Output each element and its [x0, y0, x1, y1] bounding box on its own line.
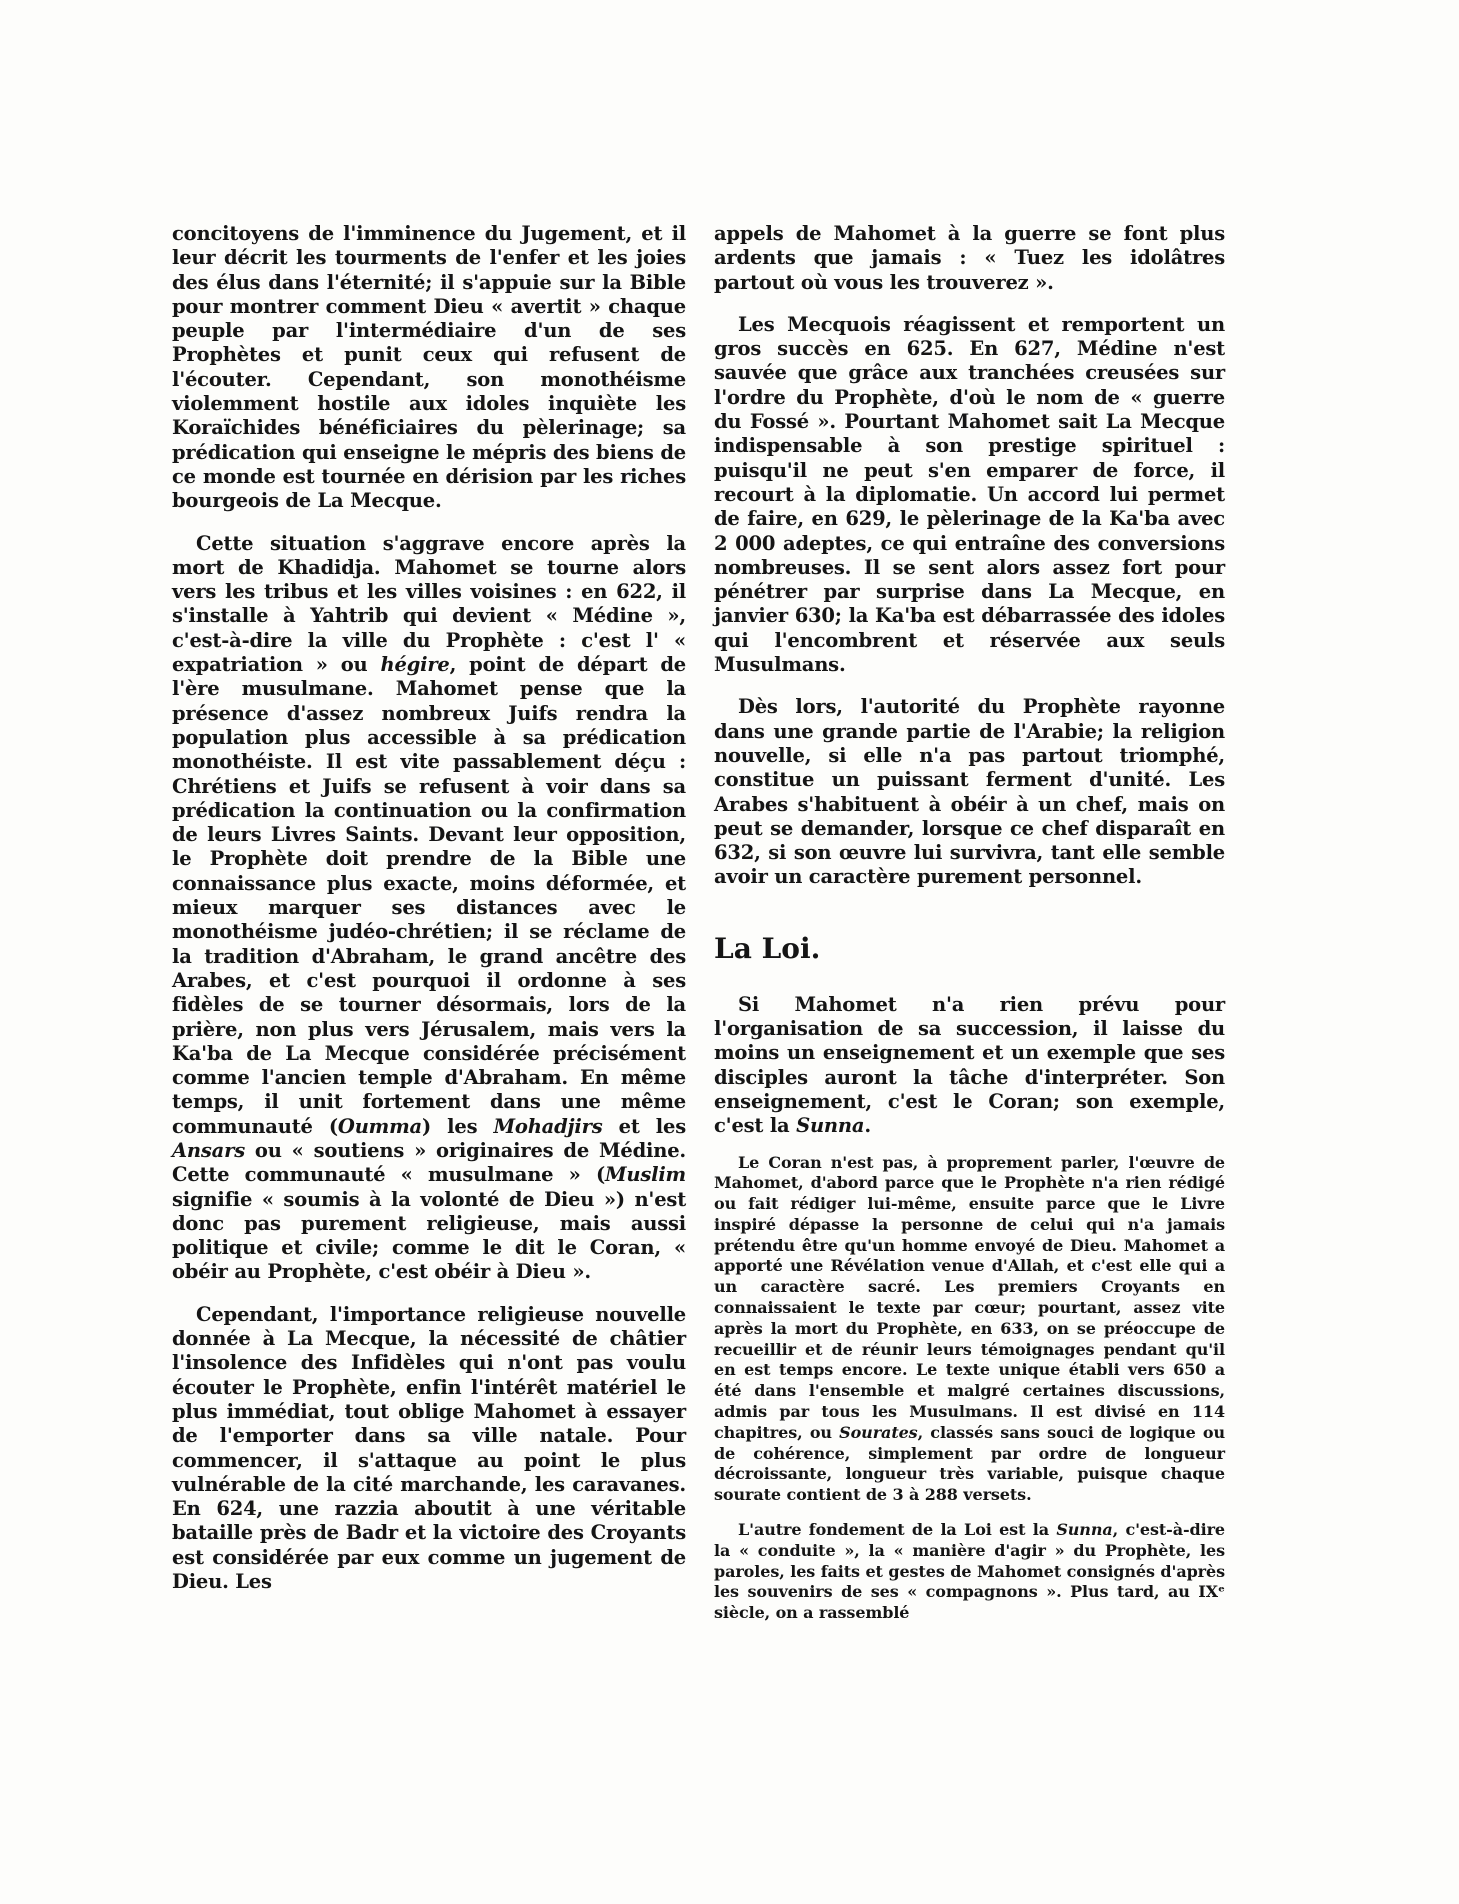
- text-run: Dès lors, l'autorité du Prophète rayonne…: [714, 695, 1225, 888]
- text-run: L'autre fondement de la Loi est la: [738, 1520, 1056, 1539]
- paragraph: Dès lors, l'autorité du Prophète rayonne…: [714, 695, 1225, 889]
- italic-text-run: hégire: [381, 653, 450, 676]
- text-run: Les Mecquois réagissent et remportent un…: [714, 313, 1225, 676]
- text-run: appels de Mahomet à la guerre se font pl…: [714, 222, 1225, 294]
- text-run: Si Mahomet n'a rien prévu pour l'organis…: [714, 993, 1225, 1137]
- paragraph: Si Mahomet n'a rien prévu pour l'organis…: [714, 993, 1225, 1139]
- italic-text-run: Muslim: [605, 1163, 686, 1186]
- italic-text-run: Sunna: [796, 1114, 864, 1137]
- paragraph: appels de Mahomet à la guerre se font pl…: [714, 222, 1225, 295]
- right-column: appels de Mahomet à la guerre se font pl…: [714, 222, 1225, 1624]
- paragraph: Cependant, l'importance religieuse nouve…: [172, 1303, 686, 1595]
- italic-text-run: Sunna: [1056, 1520, 1112, 1539]
- left-column: concitoyens de l'imminence du Jugement, …: [172, 222, 686, 1594]
- text-run: , point de départ de l'ère musulmane. Ma…: [172, 653, 686, 1138]
- italic-text-run: Oumma: [338, 1115, 422, 1138]
- text-run: .: [864, 1114, 871, 1137]
- italic-text-run: Ansars: [172, 1139, 245, 1162]
- paragraph: L'autre fondement de la Loi est la Sunna…: [714, 1520, 1225, 1624]
- page: concitoyens de l'imminence du Jugement, …: [0, 0, 1459, 1904]
- paragraph: Les Mecquois réagissent et remportent un…: [714, 313, 1225, 677]
- italic-text-run: Mohadjirs: [494, 1115, 603, 1138]
- italic-text-run: Sourates: [839, 1423, 917, 1442]
- text-run: Le Coran n'est pas, à proprement parler,…: [714, 1153, 1225, 1442]
- text-run: et les: [602, 1115, 686, 1138]
- paragraph: Cette situation s'aggrave encore après l…: [172, 532, 686, 1285]
- paragraph: Le Coran n'est pas, à proprement parler,…: [714, 1153, 1225, 1507]
- section-heading: La Loi.: [714, 932, 1225, 965]
- text-run: signifie « soumis à la volonté de Dieu »…: [172, 1188, 686, 1284]
- text-run: ) les: [422, 1115, 494, 1138]
- paragraph: concitoyens de l'imminence du Jugement, …: [172, 222, 686, 514]
- text-run: Cependant, l'importance religieuse nouve…: [172, 1303, 686, 1593]
- text-run: concitoyens de l'imminence du Jugement, …: [172, 222, 686, 512]
